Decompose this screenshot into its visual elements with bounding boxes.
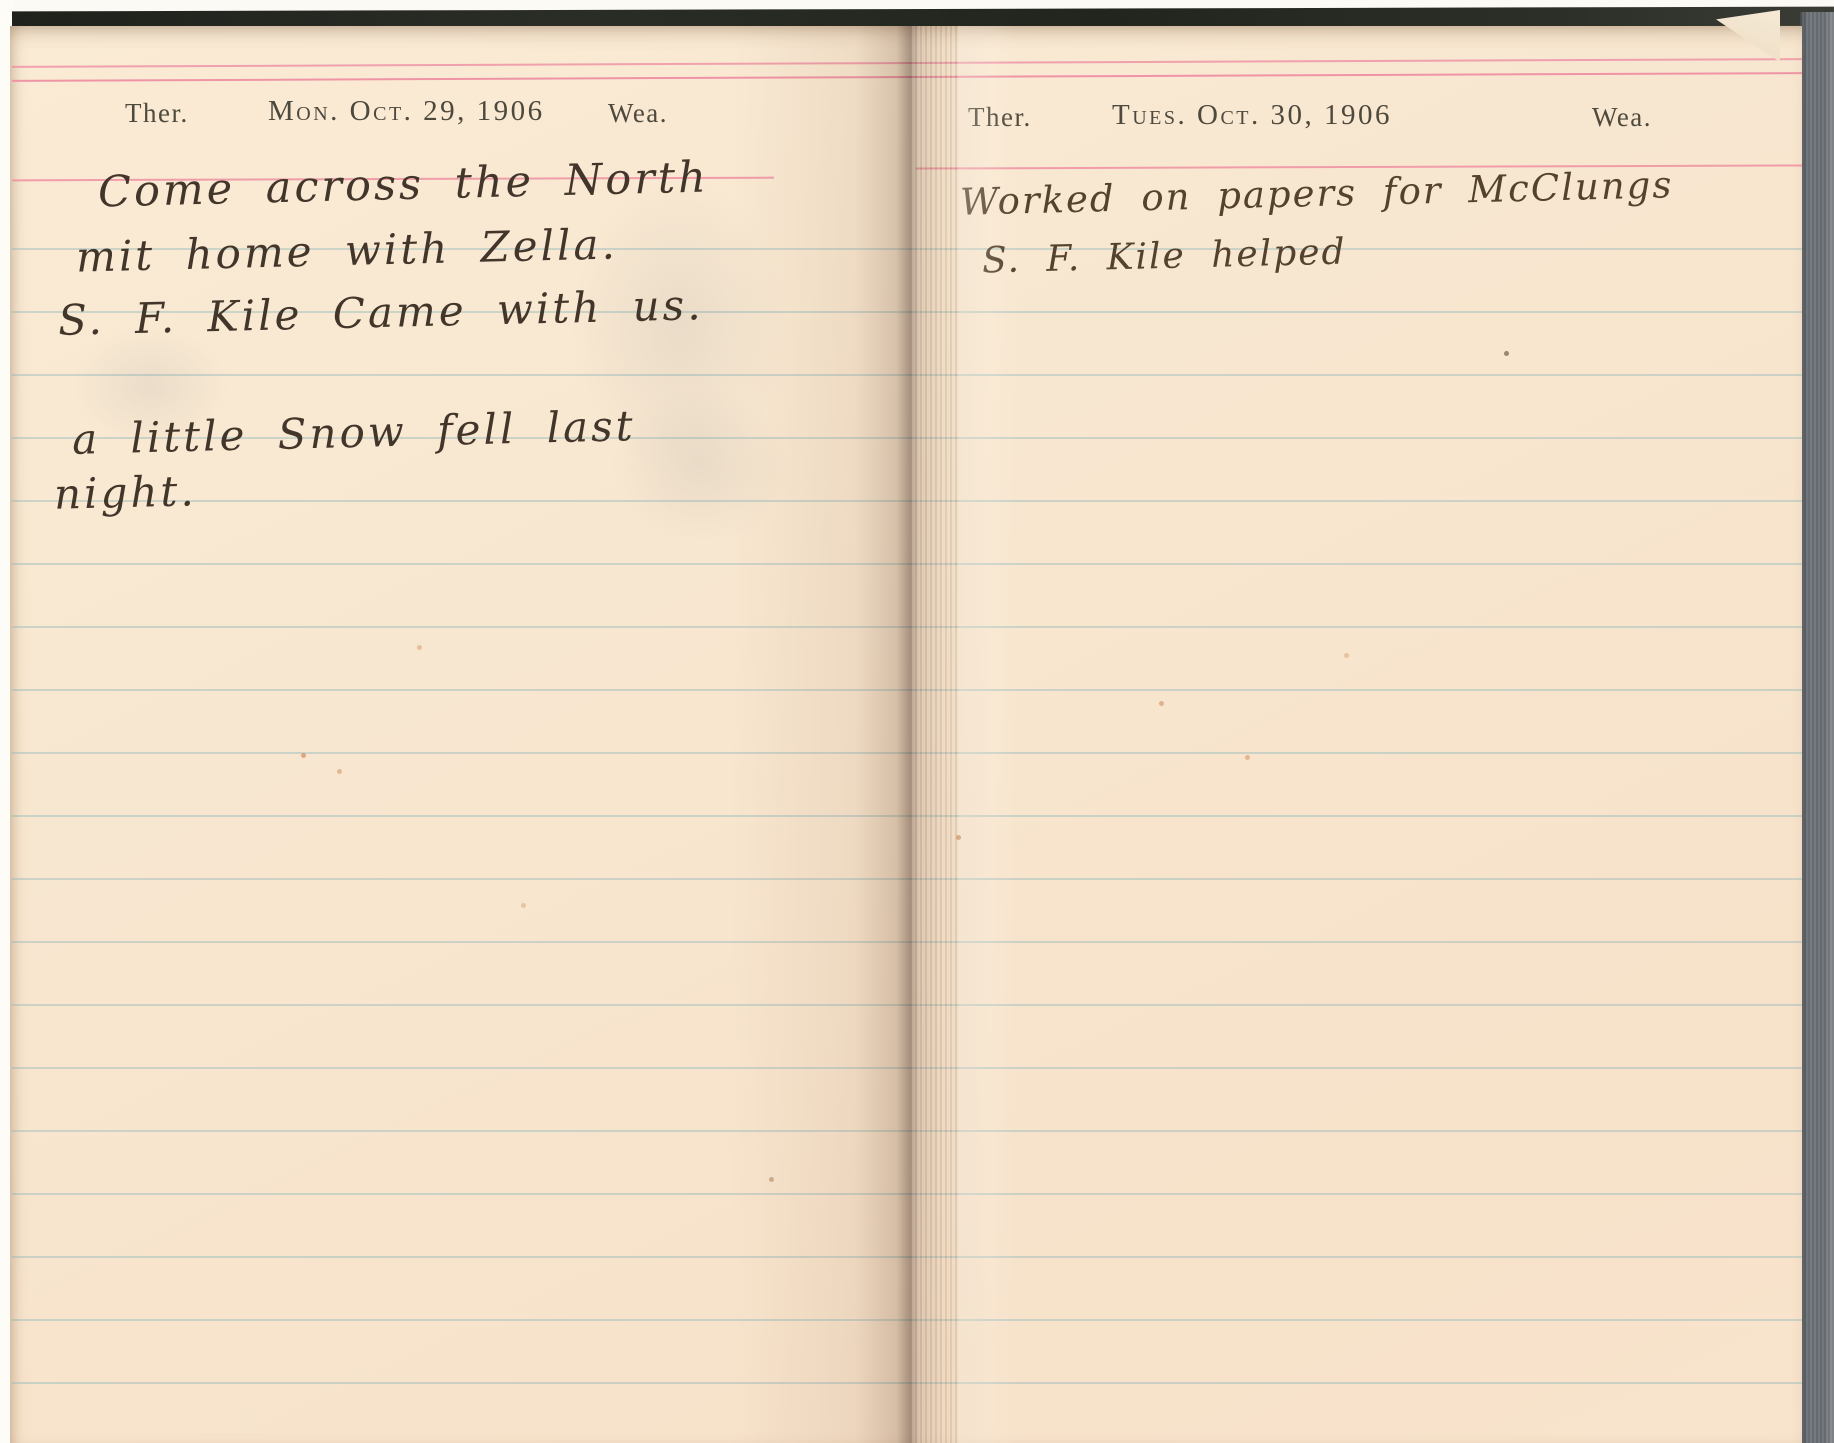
left-page-wea-label: Wea. — [608, 98, 668, 129]
page-gutter-fold-texture — [910, 26, 958, 1443]
left-page-date: Mon. Oct. 29, 1906 — [268, 95, 545, 128]
right-page-wea-label: Wea. — [1592, 102, 1652, 133]
book-cover-right-edge — [1800, 12, 1834, 1443]
left-page-ther-label: Ther. — [125, 98, 189, 129]
left-entry-line: night. — [53, 466, 197, 518]
diary-scan: Ther. Mon. Oct. 29, 1906 Wea. Ther. Tues… — [0, 0, 1834, 1443]
diary-spread: Ther. Mon. Oct. 29, 1906 Wea. Ther. Tues… — [10, 26, 1802, 1443]
page-fold-highlight — [958, 26, 1018, 1443]
right-page-date: Tues. Oct. 30, 1906 — [1112, 99, 1392, 132]
right-entry-line: Worked on papers for McClungs — [960, 163, 1674, 223]
foxing-spots — [10, 26, 13, 29]
